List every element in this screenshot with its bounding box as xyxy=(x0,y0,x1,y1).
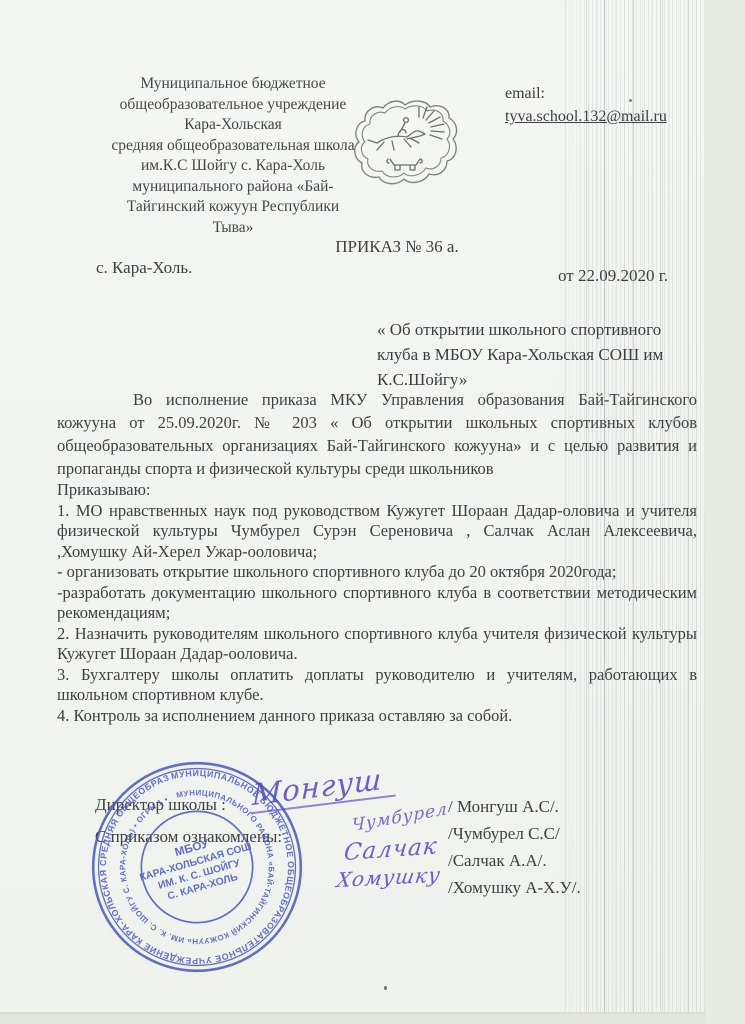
order-body: Во исполнение приказа МКУ Управления обр… xyxy=(57,388,697,726)
handwritten-signature: Хомушку xyxy=(335,862,443,892)
order-date: от 22.09.2020 г. xyxy=(558,266,668,286)
email-label: email: xyxy=(505,82,667,105)
signature-name: /Салчак А.А/. xyxy=(448,847,581,874)
signature-name: /Чумбурел С.С/ xyxy=(448,820,581,847)
decree-word: Приказываю: xyxy=(57,480,697,501)
order-item: - организовать открытие школьного спорти… xyxy=(57,562,697,583)
order-title: ПРИКАЗ № 36 а. xyxy=(287,237,507,257)
scanned-order-document: Муниципальное бюджетное общеобразователь… xyxy=(0,0,745,1024)
signature-name: /Хомушку А-Х.У/. xyxy=(448,874,581,901)
order-item: -разработать документацию школьного спор… xyxy=(57,583,697,624)
paper-sheet: Муниципальное бюджетное общеобразователь… xyxy=(0,0,706,1014)
order-place: с. Кара-Холь. xyxy=(96,258,192,278)
handwritten-signature: Салчак xyxy=(343,833,439,866)
signature-names: / Монгуш А.С/. /Чумбурел С.С/ /Салчак А.… xyxy=(448,793,581,901)
preamble-paragraph: Во исполнение приказа МКУ Управления обр… xyxy=(57,388,697,480)
horse-rider-drawing xyxy=(368,107,444,170)
scanner-background-bottom xyxy=(0,1012,706,1024)
order-item: 4. Контроль за исполнением данного прика… xyxy=(57,706,697,727)
organization-name: Муниципальное бюджетное общеобразователь… xyxy=(72,74,394,238)
school-round-stamp: МУНИЦИПАЛЬНОЕ БЮДЖЕТНОЕ ОБЩЕОБРАЗОВАТЕЛЬ… xyxy=(90,760,304,974)
order-subject: « Об открытии школьного спортивного клуб… xyxy=(377,317,703,392)
email-block: email: tyva.school.132@mail.ru xyxy=(505,82,667,128)
scanner-background-right xyxy=(706,0,745,1024)
handwritten-signature: Чумбурел xyxy=(352,799,448,836)
order-item: 2. Назначить руководителям школьного спо… xyxy=(57,624,697,665)
signature-name: / Монгуш А.С/. xyxy=(448,793,581,820)
horse-rider-emblem-icon xyxy=(350,96,460,196)
email-address-link: tyva.school.132@mail.ru xyxy=(505,105,667,128)
dust-speck xyxy=(384,986,387,990)
order-item: 3. Бухгалтеру школы оплатить доплаты рук… xyxy=(57,665,697,706)
order-item: 1. МО нравственных наук под руководством… xyxy=(57,501,697,563)
